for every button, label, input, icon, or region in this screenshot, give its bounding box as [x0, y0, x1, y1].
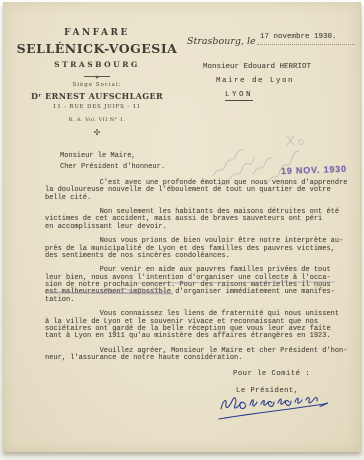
letter-paper: FANFARE SELLÉNICK-VOGESIA STRASBOURG Siè… — [3, 2, 361, 452]
salutation-line: Monsieur le Maire, — [45, 153, 339, 160]
letter-body: Monsieur le Maire, Cher Président d'honn… — [45, 153, 339, 363]
president-signature — [214, 391, 336, 425]
typed-line: tation. — [45, 297, 339, 304]
recipient-name: Monsieur Edouard HERRIOT — [203, 63, 311, 71]
recipient-title: Maire de Lyon — [216, 77, 311, 85]
letterhead-divider — [84, 76, 110, 77]
paragraph: Veuillez agréer, Monsieur le Maire et ch… — [45, 348, 339, 363]
scanned-letter: FANFARE SELLÉNICK-VOGESIA STRASBOURG Siè… — [0, 0, 364, 460]
dateline-date: 17 novembre 1930. — [260, 33, 337, 41]
closing-committee: Pour le Comité : — [233, 370, 360, 378]
paragraph: Non seulement les habitants des maisons … — [45, 209, 339, 231]
letterhead-org-name: SELLÉNICK-VOGESIA — [11, 41, 183, 56]
paragraph: Vous connaissez les liens de fraternité … — [45, 311, 339, 341]
letterhead: FANFARE SELLÉNICK-VOGESIA STRASBOURG Siè… — [11, 28, 183, 137]
letterhead-org-type: FANFARE — [11, 28, 183, 38]
letterhead-registry: R. A. Vol. VII N° 1. — [11, 117, 183, 123]
dateline: Strasbourg, le 17 novembre 1930. — [187, 31, 359, 49]
letterhead-city: STRASBOURG — [11, 60, 183, 69]
typed-line: des sentiments de nos sincères condoléan… — [45, 253, 339, 260]
dateline-place: Strasbourg, le — [187, 36, 256, 47]
letterhead-address: 11 - RUE DES JUIFS - 11 — [11, 104, 183, 110]
dateline-rule — [257, 44, 355, 45]
salutation-line: Cher Président d'honneur. — [45, 164, 339, 171]
typed-line: en accomplissant leur devoir. — [45, 224, 339, 231]
paragraph: Pour venir en aide aux pauvres familles … — [45, 267, 339, 304]
fleuron-ornament-icon: ✣ — [11, 128, 183, 137]
recipient-block: Monsieur Edouard HERRIOT Maire de Lyon L… — [203, 63, 311, 101]
typed-line: neur, l'assurance de notre haute considé… — [45, 355, 339, 362]
letterhead-president-name: Dʳ ERNEST AUFSCHLAGER — [11, 91, 183, 101]
paragraph: Nous vous prions de bien vouloir être no… — [45, 238, 339, 260]
paragraph: C'est avec une profonde émotion que nous… — [45, 180, 339, 202]
typed-line: belle cité. — [45, 195, 339, 202]
typed-line: tant à Lyon en 1911 qu'au ministère des … — [45, 333, 339, 340]
letterhead-siege-label: Siège Social: — [11, 82, 183, 88]
